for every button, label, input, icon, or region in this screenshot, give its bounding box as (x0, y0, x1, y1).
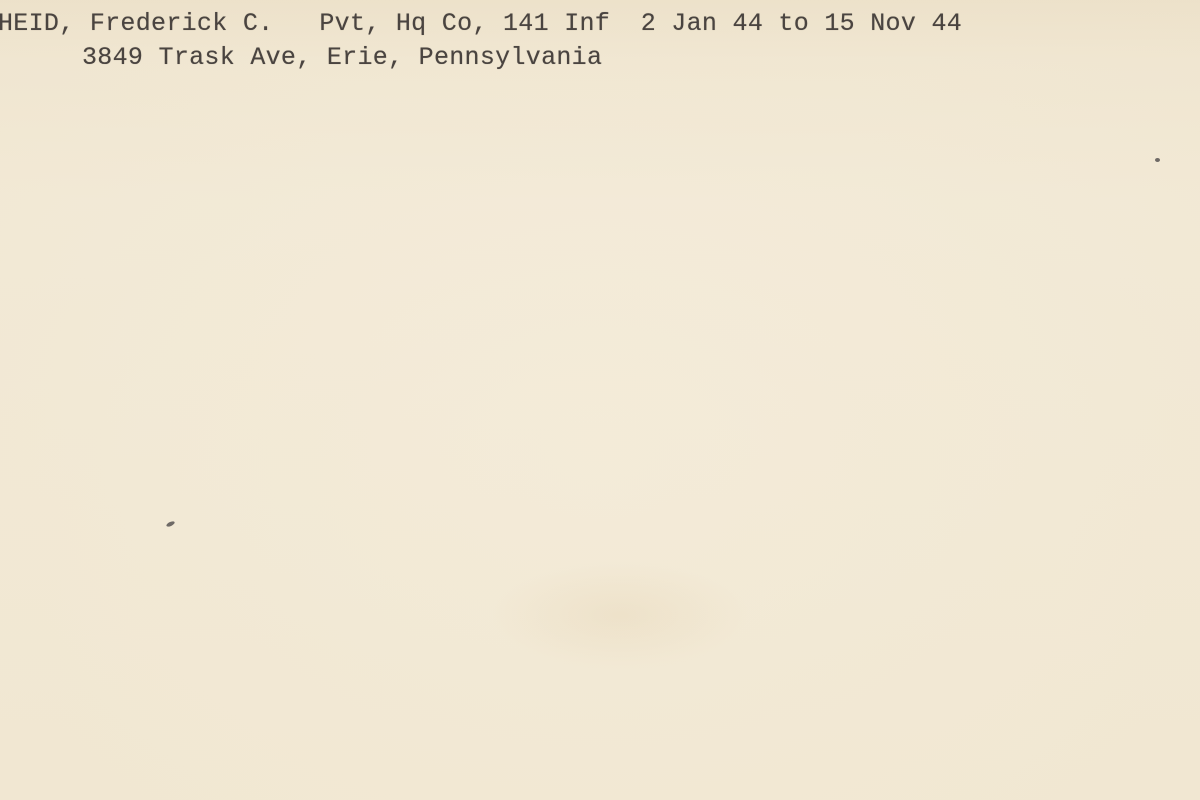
ink-speck (166, 520, 176, 527)
ink-speck (1155, 158, 1160, 162)
name-service-line: HEID, Frederick C. Pvt, Hq Co, 141 Inf 2… (0, 9, 962, 38)
address-line: 3849 Trask Ave, Erie, Pennsylvania (82, 43, 602, 72)
paper-stain (490, 560, 750, 670)
index-card: HEID, Frederick C. Pvt, Hq Co, 141 Inf 2… (0, 0, 1200, 800)
